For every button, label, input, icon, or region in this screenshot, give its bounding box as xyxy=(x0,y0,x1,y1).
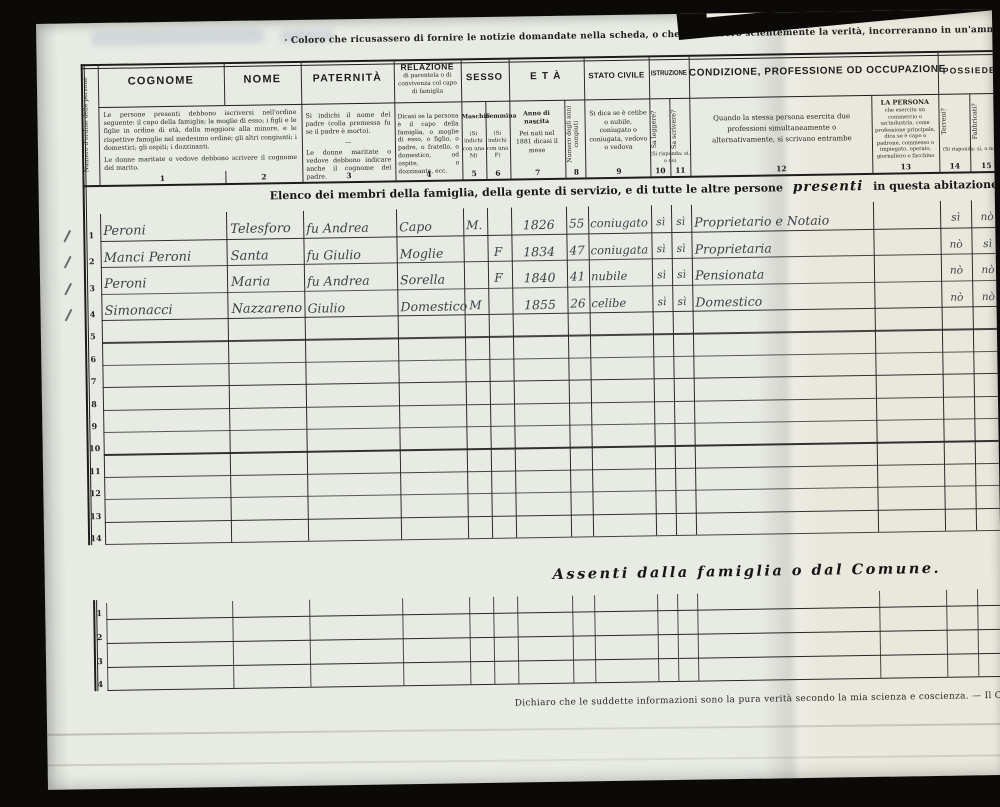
possiede-response-note: (Si risponda: sì, o no) xyxy=(939,146,1000,154)
column-header-istruzione: ISTRUZIONE xyxy=(650,70,688,78)
sesso-maschio-note: (Si indichi con una M) xyxy=(462,131,485,161)
anno-nascita-note: Pei nati nel 1881 dicasi il mese xyxy=(513,130,561,156)
record-cell-relazione: Domestico xyxy=(400,297,462,315)
assenti-column-divider xyxy=(517,597,519,684)
ink-bleedthrough-mark xyxy=(90,28,265,46)
census-paper-sheet: · Coloro che ricusassero di fornire le n… xyxy=(36,9,1000,790)
table-row-line xyxy=(103,395,1000,410)
record-cell-scrive: sì xyxy=(671,214,690,231)
table-row-line xyxy=(104,485,1000,500)
assenti-column-divider xyxy=(879,591,881,678)
assenti-column-divider xyxy=(106,603,108,690)
column-header-cognome: COGNOME xyxy=(98,74,224,88)
table-row-line xyxy=(105,507,1000,522)
margin-check-mark xyxy=(64,282,71,294)
assenti-section-title: Assenti dalla famiglia o dal Comune. xyxy=(553,560,942,583)
record-cell-f: F xyxy=(487,243,510,260)
record-cell-scrive: sì xyxy=(672,267,691,284)
table-top-border xyxy=(81,50,1000,67)
table-row-line xyxy=(105,530,1000,545)
la-persona-note: che esercita un commercio o un'industria… xyxy=(874,107,936,160)
row-number: 9 xyxy=(86,421,102,431)
column-number: 10 xyxy=(650,166,670,175)
assenti-column-divider xyxy=(697,594,699,681)
column-number: 14 xyxy=(939,161,970,170)
assenti-column-divider xyxy=(572,596,574,683)
row-number: 4 xyxy=(84,309,100,319)
assenti-column-divider xyxy=(469,597,471,684)
column-number: 7 xyxy=(510,167,566,177)
row-number: 8 xyxy=(86,399,102,409)
header-title-row-border xyxy=(98,92,1000,107)
presenti-title-post: in questa abitazione alla mezzanotte xyxy=(873,176,1000,193)
fold-crease xyxy=(48,754,1000,766)
row-number-column-label: Numero d'ordine delle persone xyxy=(82,66,99,184)
assenti-row-line xyxy=(107,676,1000,691)
record-cell-m xyxy=(464,243,486,260)
assenti-column-divider xyxy=(232,601,234,688)
row-number: 7 xyxy=(86,376,102,386)
record-cell-anno: 1826 xyxy=(513,216,564,234)
row-number: 12 xyxy=(87,488,103,498)
record-cell-nome: Telesforo xyxy=(230,220,301,238)
record-cell-stato: coniugato xyxy=(590,214,650,232)
record-cell-f xyxy=(487,296,510,313)
record-cell-terreni: nò xyxy=(942,289,971,306)
record-cell-legge: sì xyxy=(652,294,671,311)
divider-dash: — xyxy=(511,120,563,129)
column-number: 5 xyxy=(462,168,486,177)
record-cell-anni: 26 xyxy=(567,295,588,312)
record-cell-relazione: Sorella xyxy=(400,270,462,288)
column-header-sesso: SESSO xyxy=(461,72,508,84)
assenti-row-number: 2 xyxy=(93,631,107,641)
assenti-row-line xyxy=(106,604,1000,619)
record-cell-anni: 41 xyxy=(567,268,588,285)
row-number: 11 xyxy=(87,466,103,476)
penalty-warning-text: · Coloro che ricusassero di fornire le n… xyxy=(284,22,1000,46)
record-cell-paternita: fu Giulio xyxy=(307,245,395,263)
record-cell-stato: coniugata xyxy=(590,241,650,259)
record-cell-terreni: nò xyxy=(942,262,971,279)
record-cell-relazione: Capo xyxy=(399,217,461,235)
record-cell-cognome: Peroni xyxy=(104,274,224,293)
istruzione-response-note: (Si risponda: sì, o no) xyxy=(649,151,691,165)
assenti-row-line xyxy=(107,652,1000,667)
row-number: 6 xyxy=(85,354,101,364)
table-row-line xyxy=(104,440,1000,455)
record-cell-m: M. xyxy=(463,217,485,234)
record-cell-anni: 55 xyxy=(566,215,587,232)
column-header-relazione: RELAZIONE xyxy=(394,61,461,72)
record-cell-fabbricati: nò xyxy=(972,209,1000,226)
record-cell-professione: Proprietaria xyxy=(694,237,884,257)
fold-crease xyxy=(47,723,1000,736)
assenti-column-divider xyxy=(946,590,948,677)
record-cell-anno: 1855 xyxy=(514,295,565,313)
scanned-census-sheet: { "top": { "warning": "· Coloro che ricu… xyxy=(0,0,1000,807)
sesso-femmina-note: (Si indichi con una F) xyxy=(486,131,509,161)
row-number: 5 xyxy=(85,331,101,341)
record-cell-nome: Santa xyxy=(231,246,302,264)
column-header-nome: NOME xyxy=(224,73,301,86)
assenti-column-divider xyxy=(977,589,979,676)
record-cell-scrive: sì xyxy=(671,240,690,257)
record-cell-legge: sì xyxy=(651,241,670,258)
record-cell-cognome: Simonacci xyxy=(104,301,224,320)
table-row-line xyxy=(103,373,1000,388)
instruction-paragraph: Si indichi il nome del padre (colla prem… xyxy=(305,111,390,137)
column-number: 2 xyxy=(225,171,302,181)
record-cell-scrive: sì xyxy=(672,293,691,310)
cognome-nome-instructions: Le persone presenti debbono iscriversi n… xyxy=(103,109,297,173)
record-cell-paternita: fu Andrea xyxy=(307,271,395,289)
record-cell-professione: Domestico xyxy=(695,290,885,310)
sesso-maschio-label: Maschio xyxy=(461,113,484,121)
assenti-column-divider xyxy=(402,598,404,685)
margin-check-mark xyxy=(64,256,71,268)
record-cell-stato: celibe xyxy=(591,294,651,312)
presenti-title-pre: Elenco dei membri della famiglia, della … xyxy=(270,181,783,202)
row-number: 14 xyxy=(88,533,104,543)
record-cell-cognome: Peroni xyxy=(103,221,223,240)
table-row-line xyxy=(102,328,1000,343)
assenti-row-number: 4 xyxy=(93,679,107,689)
terreni-label: Terreni? xyxy=(940,97,968,145)
column-number: 15 xyxy=(970,160,1000,170)
record-cell-anno: 1840 xyxy=(514,269,565,287)
assenti-column-divider xyxy=(309,600,311,687)
column-header-condizione: CONDIZIONE, PROFESSIONE OD OCCUPAZIONE xyxy=(689,64,938,79)
record-cell-f: F xyxy=(487,270,510,287)
column-number: 6 xyxy=(486,168,510,177)
record-cell-cognome: Manci Peroni xyxy=(104,248,224,267)
record-cell-professione: Pensionata xyxy=(695,264,885,284)
record-cell-m: M xyxy=(464,296,486,313)
table-row-line xyxy=(102,351,1000,366)
record-cell-nome: Maria xyxy=(231,273,302,291)
table-row-line xyxy=(103,418,1000,433)
record-cell-f xyxy=(486,217,509,234)
relazione-instructions: Dicasi se la persona è il capo della fam… xyxy=(397,112,459,175)
assenti-column-divider xyxy=(493,597,495,684)
record-cell-fabbricati: sì xyxy=(972,235,1000,252)
column-number: 8 xyxy=(565,167,587,176)
assenti-column-divider xyxy=(657,594,659,681)
column-number: 1 xyxy=(99,173,225,184)
record-cell-stato: nubile xyxy=(591,267,651,285)
assenti-column-divider xyxy=(677,594,679,681)
sa-scrivere-label: Sa scrivere? xyxy=(670,102,689,157)
column-number: 13 xyxy=(872,161,939,171)
column-number: 3 xyxy=(302,170,395,180)
record-cell-m xyxy=(464,270,486,287)
divider-dash: — xyxy=(306,138,391,148)
column-header-possiede: POSSIEDE xyxy=(938,65,1000,76)
record-cell-fabbricati: nò xyxy=(973,288,1000,305)
row-number: 3 xyxy=(84,283,100,293)
sesso-femmina-label: Femmina xyxy=(485,113,508,121)
column-header-stato-civile: STATO CIVILE xyxy=(584,70,649,80)
record-cell-nome: Nazzareno xyxy=(231,299,302,317)
row-number: 10 xyxy=(87,443,103,453)
assenti-column-divider xyxy=(594,595,596,682)
presenti-title-emphasis: presenti xyxy=(793,178,864,195)
fabbricati-label: Fabbricati? xyxy=(971,97,999,145)
stato-civile-instructions: Si dica se è celibe o nubile, coniugato … xyxy=(588,109,648,152)
record-cell-relazione: Moglie xyxy=(400,244,462,262)
declaration-text: Dichiaro che le suddette informazioni so… xyxy=(515,690,1000,708)
sa-leggere-label: Sa leggere? xyxy=(650,102,669,157)
table-row-line xyxy=(104,463,1000,478)
condizione-instructions: Quando la stessa persona esercita due pr… xyxy=(699,111,864,147)
record-cell-legge: sì xyxy=(652,267,671,284)
instruction-paragraph: Le donne maritate o vedove debbono scriv… xyxy=(104,154,297,173)
column-header-paternita: PATERNITÀ xyxy=(301,71,394,84)
record-cell-professione: Proprietario e Notaio xyxy=(694,211,884,231)
column-number: 4 xyxy=(395,169,462,179)
instruction-paragraph: Le persone presenti debbono iscriversi n… xyxy=(103,109,297,153)
anni-compiuti-label: Numero degli anni compiuti xyxy=(565,103,585,165)
assenti-row-line xyxy=(107,628,1000,643)
assenti-row-number: 1 xyxy=(92,607,106,617)
record-cell-anni: 47 xyxy=(566,242,587,259)
row-number: 13 xyxy=(88,511,104,521)
record-cell-terreni: sì xyxy=(941,209,970,226)
record-cell-legge: sì xyxy=(651,214,670,231)
margin-check-mark xyxy=(65,309,72,321)
row-number: 2 xyxy=(84,256,100,266)
record-cell-paternita: Giulio xyxy=(307,298,395,316)
record-cell-paternita: fu Andrea xyxy=(306,218,394,236)
record-cell-fabbricati: nò xyxy=(973,262,1000,279)
column-number: 9 xyxy=(587,166,650,176)
row-number: 1 xyxy=(83,230,99,240)
record-cell-anno: 1834 xyxy=(513,242,564,260)
record-cell-terreni: nò xyxy=(941,236,970,253)
assenti-row-number: 3 xyxy=(93,655,107,665)
margin-check-mark xyxy=(63,229,70,241)
column-number: 11 xyxy=(670,165,690,174)
column-header-eta: E T À xyxy=(508,70,584,82)
relazione-subtitle: di parentela o di convivenza col capo di… xyxy=(396,72,459,96)
